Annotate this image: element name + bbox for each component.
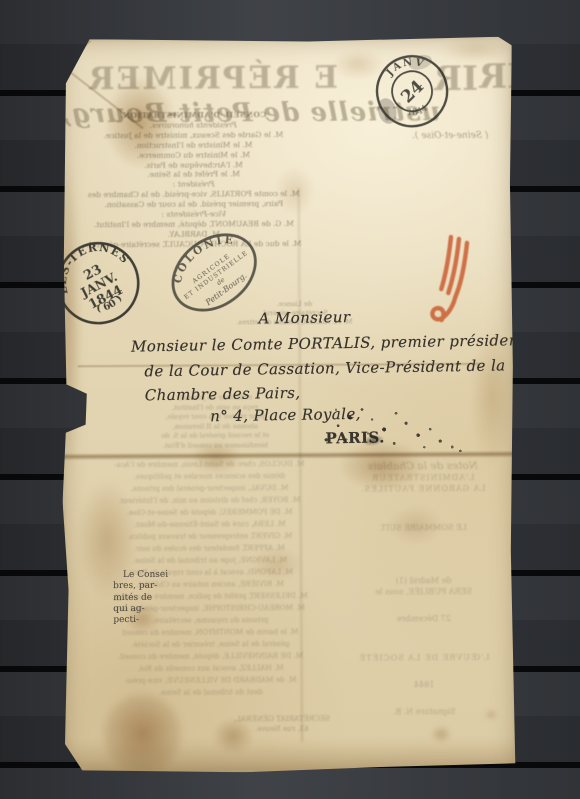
fragment-line: Le Consei bbox=[113, 570, 191, 582]
torn-edge-text: Le Consei bres, par- mités de qui ag- pe… bbox=[113, 570, 191, 627]
arrival-datestamp: JANV 24 1844 bbox=[367, 46, 458, 137]
colonie-oval-stamp: COLONIE AGRICOLE ET INDUSTRIELLE de Peti… bbox=[154, 222, 275, 323]
arrival-day: 24 bbox=[397, 76, 428, 107]
address-line: de la Cour de Cassation, Vice-Président … bbox=[144, 356, 505, 380]
fragment-line: qui ag- bbox=[113, 603, 191, 615]
fragment-line: mités de bbox=[113, 592, 191, 604]
address-line: Chambre des Pairs, bbox=[145, 384, 301, 405]
fragment-line: pecti- bbox=[113, 615, 191, 627]
letter-document: IR IR E RÉPRIMER ustrielle de Petit-Bour… bbox=[60, 37, 516, 774]
address-block: A Monsieur Monsieur le Comte PORTALIS, p… bbox=[56, 34, 520, 775]
fragment-line: bres, par- bbox=[113, 581, 191, 593]
photo-background: IR IR E RÉPRIMER ustrielle de Petit-Bour… bbox=[0, 0, 580, 799]
red-rate-mark bbox=[427, 231, 472, 335]
origin-datestamp: LES-TERNES 23 JANV. 1844 ( 60 ) bbox=[43, 228, 154, 339]
address-line: n° 4, Place Royale, bbox=[210, 405, 361, 425]
